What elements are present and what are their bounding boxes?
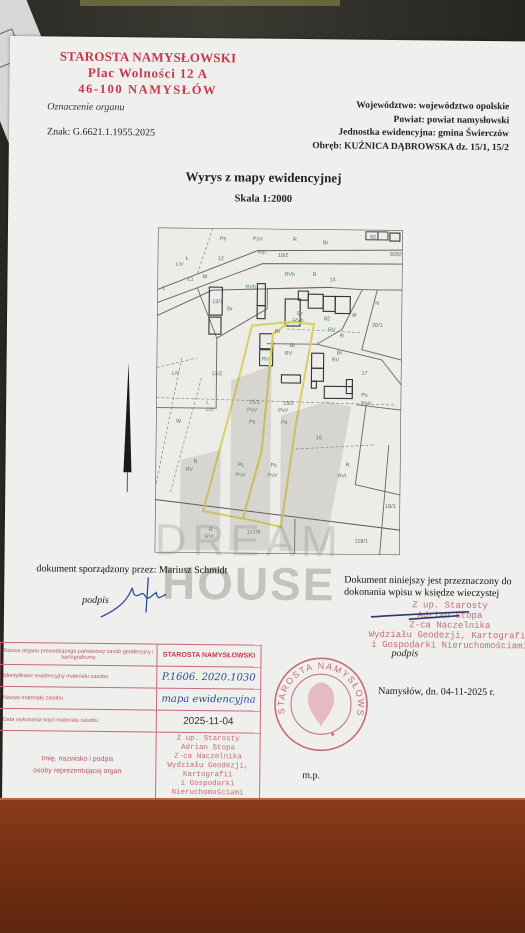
- svg-text:Br: Br: [337, 350, 343, 356]
- svg-text:RVb: RVb: [245, 284, 256, 290]
- precinct-parcels: Obręb: KUŹNICA DĄBROWSKA dz. 15/1, 15/2: [312, 140, 509, 156]
- clause-value: P.1606. 2020.1030: [157, 666, 261, 689]
- clause-label: Nazwa organu prowadzącego państwowy zasó…: [0, 642, 157, 666]
- document-page: STAROSTA NAMYSŁOWSKI Plac Wolności 12 A …: [2, 36, 525, 807]
- table-row: Nazwa materiału zasobu mapa ewidencyjna: [0, 686, 261, 711]
- clause-label: Nazwa materiału zasobu: [0, 686, 157, 710]
- svg-text:Ł: Ł: [186, 256, 189, 262]
- seal-place-label: m.p.: [302, 770, 320, 781]
- signature-left-icon: [96, 572, 187, 623]
- clause-label: Data wykonania kopii materiału zasobu: [0, 708, 156, 732]
- registration-unit: Jednostka ewidencyjna: gmina Świerczów: [312, 126, 509, 142]
- table-row: Identyfikator ewidencyjny materiału zaso…: [0, 664, 261, 689]
- svg-text:82: 82: [324, 316, 330, 322]
- north-arrow-icon: [117, 362, 138, 492]
- svg-text:PsV: PsV: [253, 237, 263, 243]
- svg-text:RV: RV: [328, 327, 336, 333]
- svg-text:20/1: 20/1: [372, 323, 383, 329]
- svg-text:LiV: LiV: [176, 262, 184, 268]
- svg-text:R: R: [340, 333, 344, 339]
- signer-label: Imię, nazwisko i podpis osoby reprezentu…: [0, 730, 156, 800]
- round-seal-icon: STAROSTA NAMYSŁOWSKI: [270, 654, 371, 755]
- background-light: [80, 0, 340, 6]
- resource-clause-table: Nazwa organu prowadzącego państwowy zasó…: [0, 642, 262, 802]
- table-row: Imię, nazwisko i podpis osoby reprezentu…: [0, 730, 260, 801]
- authority-label: Oznaczenie organu: [47, 101, 124, 113]
- svg-text:13/1: 13/1: [212, 299, 223, 305]
- svg-text:RV: RV: [285, 351, 293, 357]
- svg-text:17: 17: [361, 371, 367, 377]
- wooden-table-surface: [0, 798, 525, 933]
- destination-line-2: dokonania wpisu w księdze wieczystej: [344, 587, 511, 601]
- svg-text:PsV: PsV: [361, 401, 371, 407]
- svg-text:R: R: [312, 272, 316, 278]
- clause-value: STAROSTA NAMYSŁOWSKI: [157, 644, 261, 667]
- svg-text:Ł: Ł: [162, 286, 165, 292]
- svg-text:92: 92: [396, 252, 402, 258]
- svg-text:118/1: 118/1: [355, 539, 368, 545]
- clause-value: mapa ewidencyjna: [156, 688, 260, 711]
- document-title: Wyrys z mapy ewidencyjnej: [8, 167, 518, 188]
- svg-text:RVb: RVb: [284, 272, 295, 278]
- reference-number: Znak: G.6621.1.1955.2025: [47, 126, 155, 138]
- svg-text:Ps: Ps: [361, 393, 368, 399]
- svg-text:dr: dr: [352, 313, 357, 319]
- svg-text:Wp: Wp: [258, 250, 266, 256]
- authority-city: 46-100 NAMYSŁÓW: [59, 81, 236, 99]
- table-row: Data wykonania kopii materiału zasobu 20…: [0, 708, 260, 733]
- signer-label-line: osoby reprezentującej organ: [2, 764, 152, 778]
- svg-text:R: R: [293, 237, 297, 243]
- svg-text:Br: Br: [290, 343, 296, 349]
- svg-text:N: N: [375, 301, 379, 307]
- svg-text:12: 12: [218, 256, 224, 262]
- table-row: Nazwa organu prowadzącego państwowy zasó…: [0, 642, 261, 667]
- svg-text:Ps: Ps: [220, 236, 227, 242]
- issuing-authority-header: STAROSTA NAMYSŁOWSKI Plac Wolności 12 A …: [59, 49, 236, 99]
- svg-text:Br: Br: [323, 240, 329, 246]
- place-and-date: Namysłów, dn. 04-11-2025 r.: [378, 686, 495, 698]
- svg-text:Br: Br: [227, 306, 233, 312]
- authority-street: Plac Wolności 12 A: [60, 65, 237, 83]
- signature-label-right: podpis: [391, 648, 418, 659]
- svg-text:Ł1: Ł1: [187, 277, 193, 283]
- svg-text:Br: Br: [297, 311, 303, 317]
- clause-value: 2025-11-04: [156, 710, 260, 733]
- map-scale: Skala 1:2000: [8, 191, 518, 207]
- authority-name: STAROSTA NAMYSŁOWSKI: [60, 49, 237, 67]
- svg-text:10/2: 10/2: [278, 253, 289, 259]
- svg-text:92: 92: [370, 235, 376, 241]
- clause-label: Identyfikator ewidencyjny materiału zaso…: [0, 664, 157, 688]
- signature-right-icon: [369, 605, 479, 626]
- location-block: Województwo: województwo opolskie Powiat…: [312, 99, 509, 155]
- destination-note: Dokument niniejszy jest przeznaczony do …: [344, 575, 511, 601]
- svg-text:RVb: RVb: [293, 318, 304, 324]
- svg-text:Br: Br: [275, 329, 281, 335]
- signer-stamp: Z up. Starosty Adrian Stopa Z-ca Naczeln…: [156, 732, 261, 801]
- svg-text:14: 14: [329, 277, 335, 283]
- svg-text:Br: Br: [202, 274, 208, 280]
- stamp-line: Wydziału Geodezji, Kartografii: [159, 762, 256, 781]
- svg-text:18/1: 18/1: [385, 504, 396, 510]
- stamp-line: i Gospodarki Nieruchomościami: [159, 780, 256, 799]
